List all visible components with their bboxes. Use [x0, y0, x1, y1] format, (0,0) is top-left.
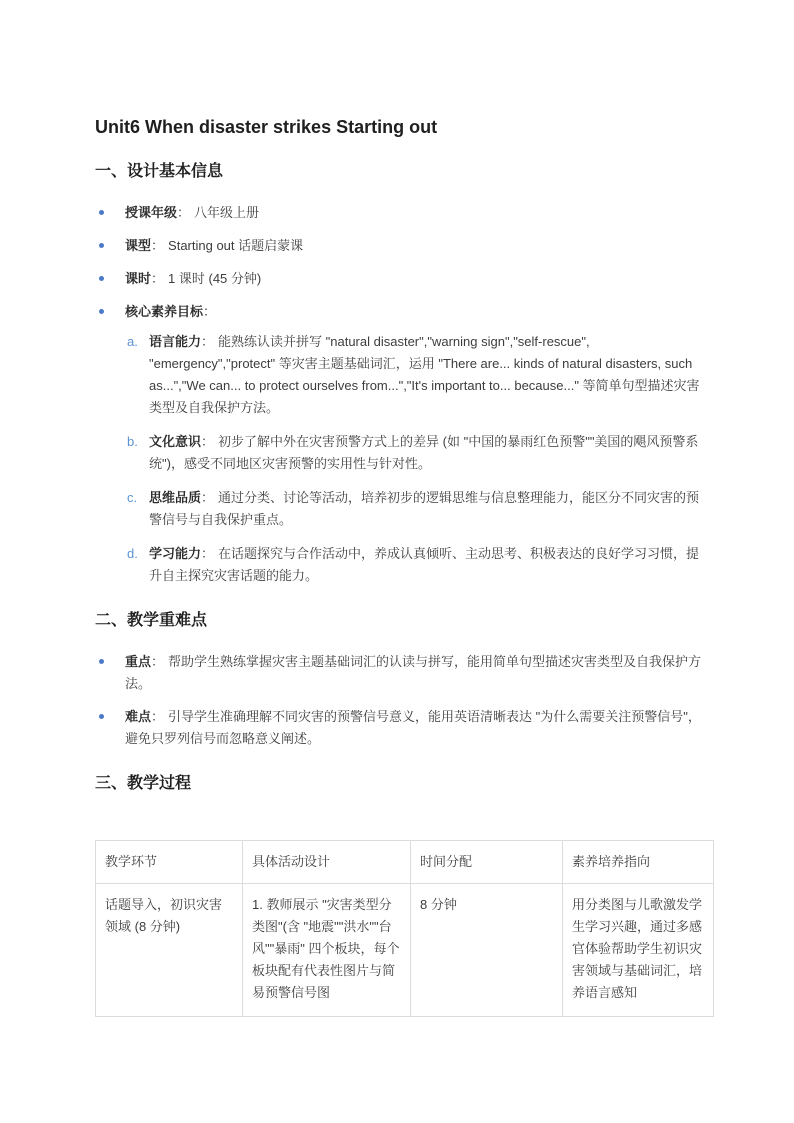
cell-orientation: 用分类图与儿歌激发学生学习兴趣，通过多感官体验帮助学生初识灾害领域与基础词汇，培…	[563, 884, 714, 1017]
label-colon: ：	[177, 205, 194, 220]
label-colon: ：	[151, 654, 168, 669]
page-title: Unit6 When disaster strikes Starting out	[95, 116, 706, 138]
column-header-activity: 具体活动设计	[243, 841, 411, 884]
cell-time: 8 分钟	[411, 884, 563, 1017]
list-item: 授课年级：八年级上册	[125, 202, 706, 224]
table-row: 话题导入，初识灾害领域 (8 分钟) 1. 教师展示 "灾害类型分类图"(含 "…	[96, 884, 714, 1017]
goal-marker: a.	[127, 331, 138, 353]
bullet-icon	[99, 659, 104, 664]
column-header-time: 时间分配	[411, 841, 563, 884]
bullet-icon	[99, 243, 104, 248]
item-label: 重点	[125, 654, 151, 669]
bullet-icon	[99, 276, 104, 281]
design-info-list: 授课年级：八年级上册 课型：Starting out 话题启蒙课 课时：1 课时…	[95, 202, 706, 587]
goal-text: 在话题探究与合作活动中，养成认真倾听、主动思考、积极表达的良好学习习惯，提升自主…	[149, 546, 699, 583]
list-item-core-goals: 核心素养目标： a.语言能力：能熟练认读并拼写 "natural disaste…	[125, 301, 706, 587]
goal-item-learning: d.学习能力：在话题探究与合作活动中，养成认真倾听、主动思考、积极表达的良好学习…	[127, 543, 706, 587]
item-text: 1 课时 (45 分钟)	[168, 271, 261, 286]
item-text: 八年级上册	[194, 205, 259, 220]
bullet-icon	[99, 210, 104, 215]
goal-text: 通过分类、讨论等活动，培养初步的逻辑思维与信息整理能力，能区分不同灾害的预警信号…	[149, 490, 699, 527]
goal-label: 思维品质	[149, 490, 201, 505]
label-colon: ：	[203, 304, 220, 319]
label-colon: ：	[201, 334, 218, 349]
goal-marker: b.	[127, 431, 138, 453]
label-colon: ：	[151, 271, 168, 286]
goal-label: 学习能力	[149, 546, 201, 561]
section-heading-key-points: 二、教学重难点	[95, 611, 706, 631]
label-colon: ：	[201, 434, 218, 449]
label-colon: ：	[201, 546, 218, 561]
table-header-row: 教学环节 具体活动设计 时间分配 素养培养指向	[96, 841, 714, 884]
teaching-process-table: 教学环节 具体活动设计 时间分配 素养培养指向 话题导入，初识灾害领域 (8 分…	[95, 840, 714, 1017]
goal-label: 语言能力	[149, 334, 201, 349]
document-page: Unit6 When disaster strikes Starting out…	[0, 0, 794, 1123]
column-header-stage: 教学环节	[96, 841, 243, 884]
goal-text: 能熟练认读并拼写 "natural disaster","warning sig…	[149, 334, 700, 415]
bullet-icon	[99, 309, 104, 314]
item-text: 引导学生准确理解不同灾害的预警信号意义，能用英语清晰表达 "为什么需要关注预警信…	[125, 709, 701, 746]
goal-item-culture: b.文化意识：初步了解中外在灾害预警方式上的差异 (如 "中国的暴雨红色预警""…	[127, 431, 706, 475]
label-colon: ：	[151, 238, 168, 253]
goal-marker: c.	[127, 487, 137, 509]
bullet-icon	[99, 714, 104, 719]
item-label: 课时	[125, 271, 151, 286]
core-goals-list: a.语言能力：能熟练认读并拼写 "natural disaster","warn…	[127, 331, 706, 587]
list-item: 课型：Starting out 话题启蒙课	[125, 235, 706, 257]
section-heading-teaching-process: 三、教学过程	[95, 774, 706, 794]
item-text: 帮助学生熟练掌握灾害主题基础词汇的认读与拼写，能用简单句型描述灾害类型及自我保护…	[125, 654, 701, 691]
label-colon: ：	[151, 709, 168, 724]
item-label: 核心素养目标	[125, 304, 203, 319]
goal-item-language: a.语言能力：能熟练认读并拼写 "natural disaster","warn…	[127, 331, 706, 419]
section-heading-design-info: 一、设计基本信息	[95, 162, 706, 182]
key-points-list: 重点：帮助学生熟练掌握灾害主题基础词汇的认读与拼写，能用简单句型描述灾害类型及自…	[95, 651, 706, 750]
label-colon: ：	[201, 490, 218, 505]
list-item: 课时：1 课时 (45 分钟)	[125, 268, 706, 290]
goal-marker: d.	[127, 543, 138, 565]
column-header-orientation: 素养培养指向	[563, 841, 714, 884]
list-item-difficulty: 难点：引导学生准确理解不同灾害的预警信号意义，能用英语清晰表达 "为什么需要关注…	[125, 706, 706, 750]
list-item-key-point: 重点：帮助学生熟练掌握灾害主题基础词汇的认读与拼写，能用简单句型描述灾害类型及自…	[125, 651, 706, 695]
item-label: 课型	[125, 238, 151, 253]
goal-text: 初步了解中外在灾害预警方式上的差异 (如 "中国的暴雨红色预警""美国的飓风预警…	[149, 434, 698, 471]
item-label: 授课年级	[125, 205, 177, 220]
goal-label: 文化意识	[149, 434, 201, 449]
item-text: Starting out 话题启蒙课	[168, 238, 303, 253]
cell-stage: 话题导入，初识灾害领域 (8 分钟)	[96, 884, 243, 1017]
cell-activity: 1. 教师展示 "灾害类型分类图"(含 "地震""洪水""台风""暴雨" 四个板…	[243, 884, 411, 1017]
goal-item-thinking: c.思维品质：通过分类、讨论等活动，培养初步的逻辑思维与信息整理能力，能区分不同…	[127, 487, 706, 531]
item-label: 难点	[125, 709, 151, 724]
